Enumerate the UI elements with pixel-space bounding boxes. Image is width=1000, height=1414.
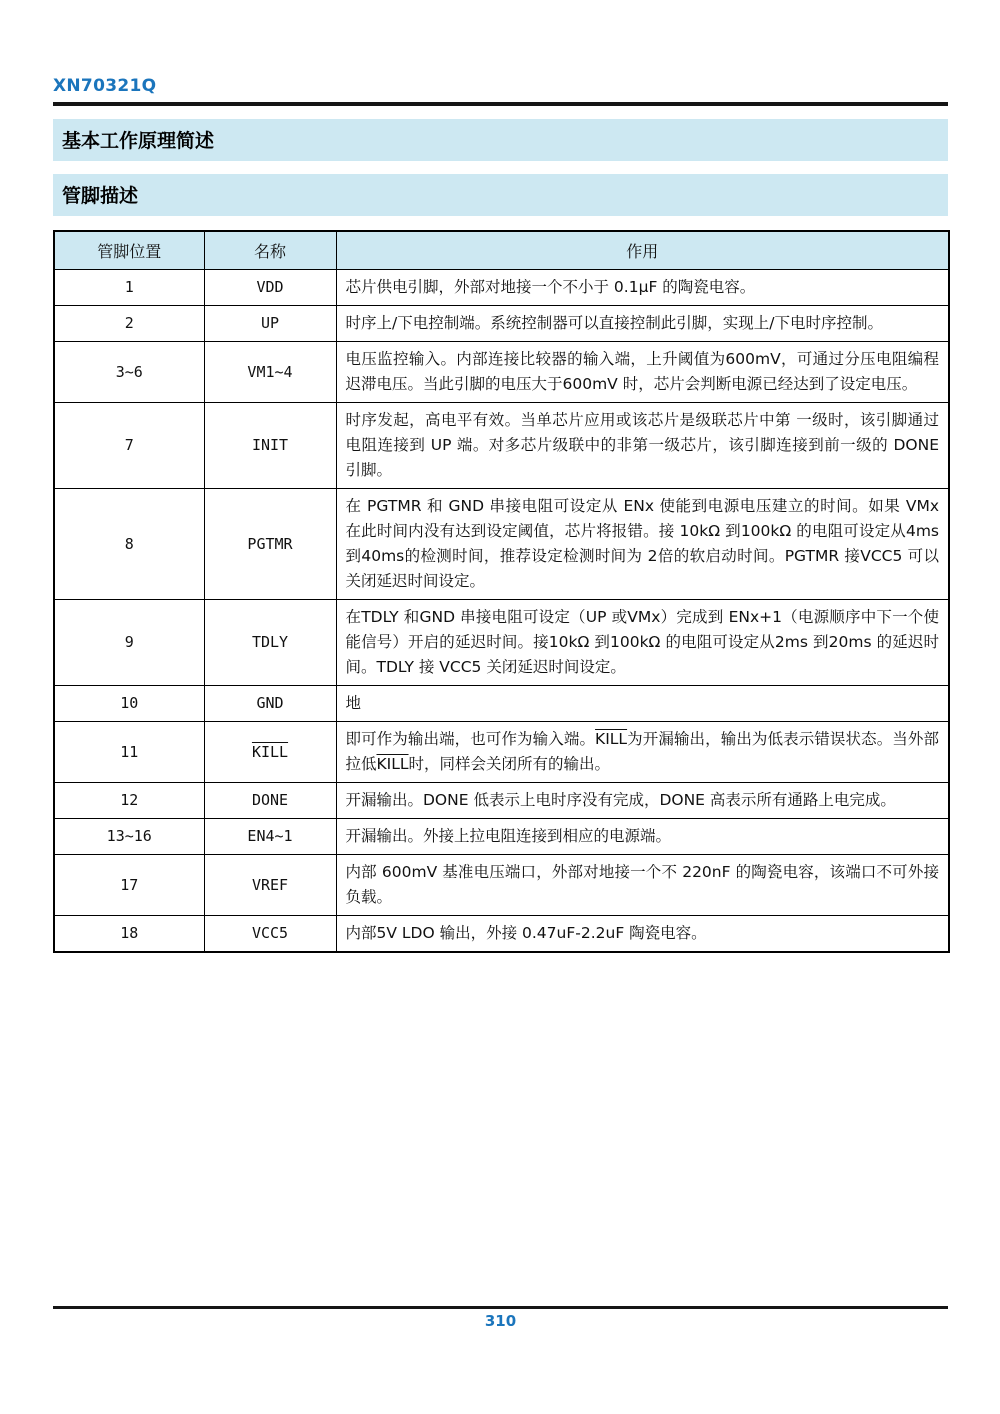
pin-name-text: VREF [252, 876, 288, 894]
pin-function-cell: 在 PGTMR 和 GND 串接电阻可设定从 ENx 使能到电源电压建立的时间。… [336, 488, 949, 599]
pin-function-cell: 开漏输出。DONE 低表示上电时序没有完成，DONE 高表示所有通路上电完成。 [336, 782, 949, 818]
pin-function-cell: 在TDLY 和GND 串接电阻可设定（UP 或VMx）完成到 ENx+1（电源顺… [336, 599, 949, 685]
pin-function-cell: 芯片供电引脚，外部对地接一个不小于 0.1μF 的陶瓷电容。 [336, 269, 949, 305]
pin-function-cell: 时序上/下电控制端。系统控制器可以直接控制此引脚，实现上/下电时序控制。 [336, 305, 949, 341]
pin-table-header-row: 管脚位置 名称 作用 [54, 231, 949, 269]
overlined-signal-text: KILL [595, 730, 627, 748]
pin-name-cell: GND [204, 685, 336, 721]
pin-name-cell: EN4~1 [204, 818, 336, 854]
pin-function-text: 时序上/下电控制端。系统控制器可以直接控制此引脚，实现上/下电时序控制。 [346, 314, 883, 332]
pin-function-text: 内部5V LDO 输出，外接 0.47uF-2.2uF 陶瓷电容。 [346, 924, 707, 942]
pin-name-cell: INIT [204, 402, 336, 488]
pin-name-cell: UP [204, 305, 336, 341]
pin-number-cell: 2 [54, 305, 204, 341]
pin-function-text: 时，同样会关闭所有的输出。 [409, 755, 611, 773]
table-row: 18 VCC5 内部5V LDO 输出，外接 0.47uF-2.2uF 陶瓷电容… [54, 915, 949, 952]
pin-number-cell: 10 [54, 685, 204, 721]
page-footer: 310 [53, 1306, 948, 1330]
table-row: 12 DONE 开漏输出。DONE 低表示上电时序没有完成，DONE 高表示所有… [54, 782, 949, 818]
pin-name-text: EN4~1 [247, 827, 292, 845]
pin-name-text: KILL [252, 743, 288, 761]
pin-function-text: 即可作为输出端，也可作为输入端。 [346, 730, 596, 748]
page-number: 310 [53, 1312, 948, 1330]
pin-table: 管脚位置 名称 作用 1 VDD 芯片供电引脚，外部对地接一个不小于 0.1μF… [53, 230, 950, 953]
pin-number-cell: 3~6 [54, 341, 204, 402]
pin-function-text: 芯片供电引脚，外部对地接一个不小于 0.1μF 的陶瓷电容。 [346, 278, 756, 296]
pin-function-text: 开漏输出。DONE 低表示上电时序没有完成，DONE 高表示所有通路上电完成。 [346, 791, 896, 809]
pin-name-cell: VM1~4 [204, 341, 336, 402]
section-title-pin-description: 管脚描述 [53, 174, 948, 216]
pin-function-cell: 时序发起，高电平有效。当单芯片应用或该芯片是级联芯片中第 一级时，该引脚通过电阻… [336, 402, 949, 488]
column-header-pin-position: 管脚位置 [54, 231, 204, 269]
pin-function-text: 开漏输出。外接上拉电阻连接到相应的电源端。 [346, 827, 672, 845]
pin-function-text: 在 PGTMR 和 GND 串接电阻可设定从 ENx 使能到电源电压建立的时间。… [346, 497, 940, 590]
column-header-name: 名称 [204, 231, 336, 269]
pin-function-text: 电压监控输入。内部连接比较器的输入端，上升阈值为600mV，可通过分压电阻编程迟… [346, 350, 940, 393]
pin-function-cell: 开漏输出。外接上拉电阻连接到相应的电源端。 [336, 818, 949, 854]
section-title-principle: 基本工作原理简述 [53, 119, 948, 161]
datasheet-page: XN70321Q 基本工作原理简述 管脚描述 管脚位置 名称 作用 1 VDD … [0, 0, 1000, 1414]
pin-number-cell: 13~16 [54, 818, 204, 854]
pin-function-cell: 即可作为输出端，也可作为输入端。KILL为开漏输出，输出为低表示错误状态。当外部… [336, 721, 949, 782]
pin-number-cell: 18 [54, 915, 204, 952]
table-row: 3~6 VM1~4 电压监控输入。内部连接比较器的输入端，上升阈值为600mV，… [54, 341, 949, 402]
footer-rule [53, 1306, 948, 1309]
pin-function-text: 在TDLY 和GND 串接电阻可设定（UP 或VMx）完成到 ENx+1（电源顺… [346, 608, 940, 676]
pin-function-text: 内部 600mV 基准电压端口，外部对地接一个不 220nF 的陶瓷电容，该端口… [346, 863, 940, 906]
pin-function-text: 时序发起，高电平有效。当单芯片应用或该芯片是级联芯片中第 一级时，该引脚通过电阻… [346, 411, 940, 479]
pin-name-text: GND [256, 694, 283, 712]
pin-name-text: VCC5 [252, 924, 288, 942]
pin-number-cell: 11 [54, 721, 204, 782]
pin-name-cell: VDD [204, 269, 336, 305]
pin-name-text: TDLY [252, 633, 288, 651]
table-row: 17 VREF 内部 600mV 基准电压端口，外部对地接一个不 220nF 的… [54, 854, 949, 915]
pin-function-cell: 地 [336, 685, 949, 721]
doc-id: XN70321Q [53, 76, 948, 96]
pin-name-cell: VCC5 [204, 915, 336, 952]
pin-number-cell: 9 [54, 599, 204, 685]
pin-name-cell: KILL [204, 721, 336, 782]
table-row: 10 GND 地 [54, 685, 949, 721]
header-rule [53, 102, 948, 106]
pin-name-text: VDD [256, 278, 283, 296]
pin-function-cell: 内部 600mV 基准电压端口，外部对地接一个不 220nF 的陶瓷电容，该端口… [336, 854, 949, 915]
table-row: 8 PGTMR 在 PGTMR 和 GND 串接电阻可设定从 ENx 使能到电源… [54, 488, 949, 599]
table-row: 1 VDD 芯片供电引脚，外部对地接一个不小于 0.1μF 的陶瓷电容。 [54, 269, 949, 305]
pin-function-cell: 内部5V LDO 输出，外接 0.47uF-2.2uF 陶瓷电容。 [336, 915, 949, 952]
pin-number-cell: 7 [54, 402, 204, 488]
pin-table-body: 1 VDD 芯片供电引脚，外部对地接一个不小于 0.1μF 的陶瓷电容。 2 U… [54, 269, 949, 952]
pin-name-text: UP [261, 314, 279, 332]
pin-number-cell: 12 [54, 782, 204, 818]
pin-number-cell: 1 [54, 269, 204, 305]
table-row: 7 INIT 时序发起，高电平有效。当单芯片应用或该芯片是级联芯片中第 一级时，… [54, 402, 949, 488]
pin-name-text: INIT [252, 436, 288, 454]
pin-name-cell: PGTMR [204, 488, 336, 599]
pin-name-cell: VREF [204, 854, 336, 915]
table-row: 2 UP 时序上/下电控制端。系统控制器可以直接控制此引脚，实现上/下电时序控制… [54, 305, 949, 341]
table-row: 13~16 EN4~1 开漏输出。外接上拉电阻连接到相应的电源端。 [54, 818, 949, 854]
page-content: XN70321Q 基本工作原理简述 管脚描述 管脚位置 名称 作用 1 VDD … [53, 0, 948, 953]
pin-name-text: VM1~4 [247, 363, 292, 381]
column-header-function: 作用 [336, 231, 949, 269]
pin-number-cell: 8 [54, 488, 204, 599]
pin-name-cell: TDLY [204, 599, 336, 685]
pin-name-text: DONE [252, 791, 288, 809]
pin-name-text: PGTMR [247, 535, 292, 553]
pin-function-text: 地 [346, 694, 362, 712]
pin-name-cell: DONE [204, 782, 336, 818]
pin-function-cell: 电压监控输入。内部连接比较器的输入端，上升阈值为600mV，可通过分压电阻编程迟… [336, 341, 949, 402]
table-row: 11 KILL 即可作为输出端，也可作为输入端。KILL为开漏输出，输出为低表示… [54, 721, 949, 782]
table-row: 9 TDLY 在TDLY 和GND 串接电阻可设定（UP 或VMx）完成到 EN… [54, 599, 949, 685]
overlined-signal-text: KILL [377, 755, 409, 773]
pin-number-cell: 17 [54, 854, 204, 915]
